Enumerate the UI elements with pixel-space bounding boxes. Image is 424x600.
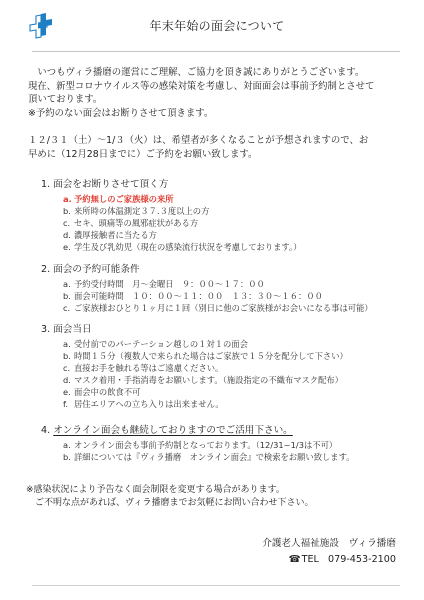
item-text: 時間１５分（複数人で来られた場合はご家族で１５分を配分して下さい） (74, 351, 348, 361)
item-text: 学生及び乳幼児（現在の感染流行状況を考慮しております。） (74, 242, 302, 252)
item-text: オンライン面会も事前予約制となっております。（12/31~1/3は不可） (74, 440, 337, 450)
item-text: 受付前でのパーテーション越しの１対１の面会 (74, 339, 248, 349)
item-marker: b. (63, 451, 74, 463)
list-item: f.居住エリアへの立ち入りは出来ません。 (63, 398, 416, 410)
list-item: c.セキ、頭痛等の風邪症状がある方 (63, 217, 416, 229)
item-marker: a. (63, 439, 74, 451)
item-text: セキ、頭痛等の風邪症状がある方 (74, 218, 198, 228)
item-text: 面会中の飲食不可 (74, 387, 140, 397)
item-marker: b. (63, 205, 74, 217)
item-text: ご家族様おひとり１ヶ月に１回（別日に他のご家族様がお会いになる事は可能） (74, 303, 373, 313)
intro-paragraph: いつもヴィラ播磨の運営にご理解、ご協力を頂き誠にありがとうございます。 現在、新… (28, 66, 408, 120)
list-item: c.直接お手を触れる等はご遠慮ください。 (63, 362, 416, 374)
footer-note: ※感染状況により予告なく面会制限を変更する場合があります。 ご不明な点があれば、… (26, 484, 416, 511)
list-item: a.予約受付時間 月～金曜日 ９：００～１７：００ (63, 278, 416, 290)
section-heading: 2. 面会の予約可能条件 (41, 263, 416, 277)
item-marker: d. (63, 374, 74, 386)
list-item: d.マスク着用・手指消毒をお願いします。（施設指定の不織布マスク配布） (63, 374, 416, 386)
item-list: a.予約無しのご家族様の来所 b.来所時の体温測定３７.３度以上の方 c.セキ、… (41, 193, 416, 253)
item-list: a.オンライン面会も事前予約制となっております。（12/31~1/3は不可） b… (41, 439, 416, 463)
item-marker: a. (63, 278, 74, 290)
item-marker: c. (63, 362, 74, 374)
header-divider (32, 51, 400, 52)
tel-number: 079-453-2100 (328, 554, 396, 565)
telephone-line: ☎TEL 079-453-2100 (262, 553, 396, 567)
section-refusal: 1. 面会をお断りさせて頂く方 a.予約無しのご家族様の来所 b.来所時の体温測… (41, 178, 416, 253)
item-text: 居住エリアへの立ち入りは出来ません。 (74, 399, 224, 409)
item-marker: e. (63, 241, 74, 253)
phone-icon: ☎ (289, 553, 301, 567)
notice-document: 年末年始の面会について いつもヴィラ播磨の運営にご理解、ご協力を頂き誠にありがと… (0, 0, 424, 600)
item-marker: f. (63, 398, 74, 410)
section-online-visit: 4. オンライン面会も継続しておりますのでご活用下さい。 a.オンライン面会も事… (41, 424, 416, 463)
online-visit-heading-link: オンライン面会も継続しておりますのでご活用下さい。 (53, 425, 293, 436)
list-item: b.詳細については『ヴィラ播磨 オンライン面会』で検索をお願い致します。 (63, 451, 416, 463)
item-marker: b. (63, 350, 74, 362)
item-list: a.受付前でのパーテーション越しの１対１の面会 b.時間１５分（複数人で来られた… (41, 338, 416, 410)
holiday-notice-paragraph: １２/３１（土）～1/３（火）は、希望者が多くなることが予想されますので、お 早… (28, 134, 408, 161)
item-marker: e. (63, 386, 74, 398)
item-text: 直接お手を触れる等はご遠慮ください。 (74, 363, 223, 373)
organization-contact: 介護老人福祉施設 ヴィラ播磨 ☎TEL 079-453-2100 (262, 537, 396, 567)
section-heading: 3. 面会当日 (41, 323, 416, 337)
item-marker: c. (63, 217, 74, 229)
item-marker: c. (63, 302, 74, 314)
item-text: 面会可能時間 １０：００～１１：００ １３：３０～１６：００ (74, 291, 323, 301)
list-item: c.ご家族様おひとり１ヶ月に１回（別日に他のご家族様がお会いになる事は可能） (63, 302, 416, 314)
section-heading: 1. 面会をお断りさせて頂く方 (41, 178, 416, 192)
list-item: e.学生及び乳幼児（現在の感染流行状況を考慮しております。） (63, 241, 416, 253)
list-item: a.予約無しのご家族様の来所 (63, 193, 416, 205)
list-item: b.面会可能時間 １０：００～１１：００ １３：３０～１６：００ (63, 290, 416, 302)
footer-divider (32, 585, 400, 586)
item-text: 予約受付時間 月～金曜日 ９：００～１７：００ (74, 279, 265, 289)
item-list: a.予約受付時間 月～金曜日 ９：００～１７：００ b.面会可能時間 １０：００… (41, 278, 416, 314)
item-text: 濃厚接触者に当たる方 (74, 230, 157, 240)
item-text: 予約無しのご家族様の来所 (74, 194, 174, 204)
item-text: 詳細については『ヴィラ播磨 オンライン面会』で検索をお願い致します。 (74, 452, 355, 462)
section-reservation-conditions: 2. 面会の予約可能条件 a.予約受付時間 月～金曜日 ９：００～１７：００ b… (41, 263, 416, 314)
item-marker: a. (63, 193, 74, 205)
list-item: d.濃厚接触者に当たる方 (63, 229, 416, 241)
section-visit-day: 3. 面会当日 a.受付前でのパーテーション越しの１対１の面会 b.時間１５分（… (41, 323, 416, 410)
section-number: 4. (41, 425, 50, 436)
item-text: 来所時の体温測定３７.３度以上の方 (74, 206, 209, 216)
item-marker: b. (63, 290, 74, 302)
item-text: マスク着用・手指消毒をお願いします。（施設指定の不織布マスク配布） (74, 375, 343, 385)
section-heading: 4. オンライン面会も継続しておりますのでご活用下さい。 (41, 424, 416, 438)
page-title: 年末年始の面会について (0, 17, 424, 34)
list-item: a.受付前でのパーテーション越しの１対１の面会 (63, 338, 416, 350)
list-item: b.時間１５分（複数人で来られた場合はご家族で１５分を配分して下さい） (63, 350, 416, 362)
item-marker: a. (63, 338, 74, 350)
organization-name: 介護老人福祉施設 ヴィラ播磨 (262, 538, 396, 549)
list-item: b.来所時の体温測定３７.３度以上の方 (63, 205, 416, 217)
item-marker: d. (63, 229, 74, 241)
list-item: e.面会中の飲食不可 (63, 386, 416, 398)
list-item: a.オンライン面会も事前予約制となっております。（12/31~1/3は不可） (63, 439, 416, 451)
tel-label: TEL (302, 554, 319, 565)
